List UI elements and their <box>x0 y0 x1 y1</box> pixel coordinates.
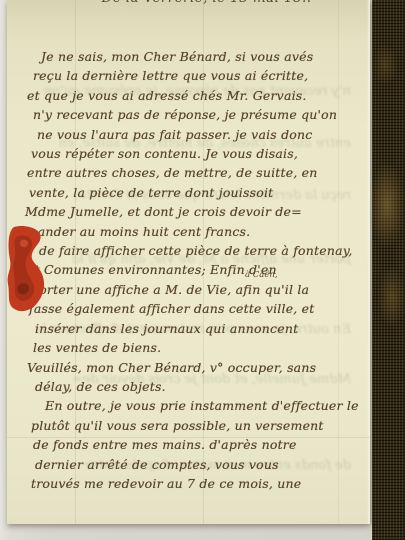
letter-line: et Comunes environnantes; Enfin d'en <box>27 260 364 279</box>
interlinear-note: à Caën, <box>245 270 278 280</box>
letter-line: et que je vous ai adressé chés Mr. Gerva… <box>27 86 364 105</box>
letter-line: Je ne sais, mon Cher Bénard, si vous avé… <box>41 47 364 66</box>
letter-line: =mander au moins huit cent francs. <box>15 222 364 241</box>
letter-line: ne vous l'aura pas fait passer. je vais … <box>37 125 364 144</box>
letter-paper: n'y recevant pas de réponse, je présume … <box>7 0 370 524</box>
letter-line: vous répéter son contenu. Je vous disais… <box>31 144 364 163</box>
letter-line: vente, la pièce de terre dont jouissoit <box>29 183 364 202</box>
letter-line: entre autres choses, de mettre, de suitt… <box>27 163 364 182</box>
letter-line: insérer dans les journaux qui annoncent <box>35 319 364 338</box>
letter-line: En outre, je vous prie instamment d'effe… <box>45 396 364 415</box>
letter-line: fasse également afficher dans cette vill… <box>29 299 364 318</box>
letter-line: reçu la dernière lettre que vous ai écri… <box>33 66 364 85</box>
letter-line: trouvés me redevoir au 7 de ce mois, une <box>31 474 364 493</box>
wax-seal <box>7 224 56 316</box>
letter-line: les ventes de biens. <box>33 338 364 357</box>
letter-line: plutôt qu'il vous sera possible, un vers… <box>31 416 364 435</box>
letter-line: délay, de ces objets. <box>35 377 364 396</box>
letter-line: de fonds entre mes mains. d'après notre <box>33 435 364 454</box>
letter-line: n'y recevant pas de réponse, je présume … <box>33 105 364 124</box>
letter-dateline: De la Verrerie, le 13 mai 18.. <box>7 0 370 6</box>
letter-line: Veuillés, mon Cher Bénard, v° occuper, s… <box>27 358 364 377</box>
letter-line: de faire afficher cette pièce de terre à… <box>39 241 364 260</box>
fabric-background <box>372 0 405 540</box>
letter-body: Je ne sais, mon Cher Bénard, si vous avé… <box>19 47 364 493</box>
letter-line: dernier arrêté de comptes, vous vous <box>35 455 364 474</box>
letter-line: Mdme Jumelle, et dont je crois devoir de… <box>25 202 364 221</box>
photo-scene: n'y recevant pas de réponse, je présume … <box>0 0 405 540</box>
letter-line: porter une affiche a M. de Vie, afin qu'… <box>31 280 364 299</box>
